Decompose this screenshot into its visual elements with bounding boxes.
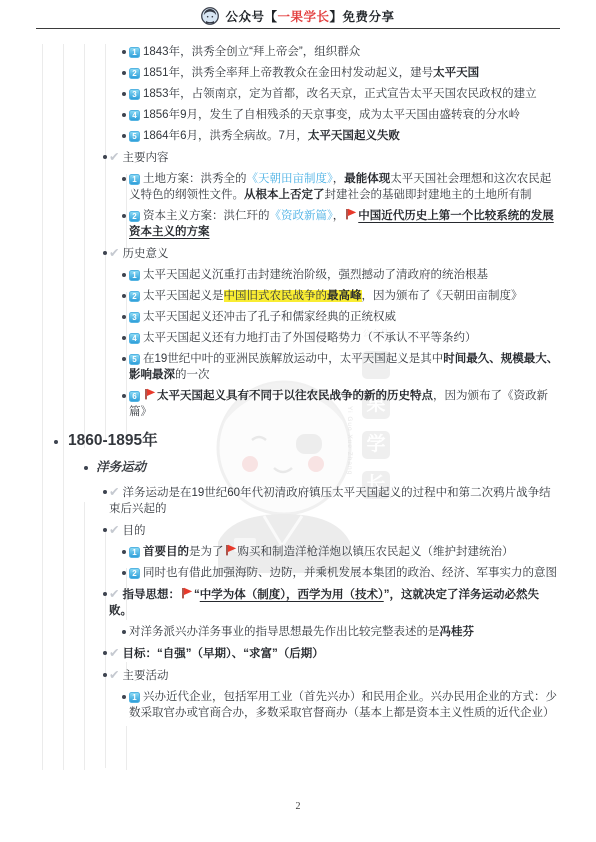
outline-item: ✔指导思想：“中学为体（制度），西学为用（技术）”，这就决定了洋务运动必然失败。 [0,586,596,619]
outline-item: ✔主要活动 [0,667,596,684]
outline-item: 6太平天国起义具有不同于以往农民战争的新的历史特点，因为颁布了《资政新篇》 [0,388,596,420]
item-text: 51864年6月，洪秀全病故。7月，太平天国起义失败 [129,130,400,142]
item-text: 31853年，占领南京，定为首都，改名天京，正式宣告太平天国农民政权的建立 [129,88,537,100]
outline-item: 1土地方案：洪秀全的《天朝田亩制度》，最能体现太平天国社会理想和这次农民起义特色… [0,171,596,203]
text-segment: 1856年9月，发生了自相残杀的天京事变，成为太平天国由盛转衰的分水岭 [143,109,520,121]
text-segment: 洋务运动是在19世纪60年代初清政府镇压太平天国起义的过程中和第二次鸦片战争结束… [109,487,551,515]
item-text: ✔历史意义 [109,248,168,260]
text-segment: 历史意义 [122,248,168,260]
text-segment: 太平天国起义失败 [308,130,400,142]
page-header: 公众号【一果学长】免费分享 [0,5,596,27]
outline-item: 1兴办近代企业，包括军用工业（首先兴办）和民用企业。兴办民用企业的方式：少数采取… [0,689,596,721]
numbered-badge: 2 [129,211,140,222]
outline-item: ✔目的 [0,522,596,539]
outline-item: 2同时也有借此加强海防、边防，并乘机发展本集团的政治、经济、军事实力的意图 [0,565,596,581]
header-brand-name: 一果学长 [277,10,329,24]
numbered-badge: 5 [129,354,140,365]
text-segment: 中学为体（制度），西学为用（技术） [200,589,384,601]
text-segment: 封建社会的基础即封建地主的土地所有制 [325,189,532,201]
item-text: 3太平天国起义还冲击了孔子和儒家经典的正统权威 [129,311,396,323]
outline-item: 11843年，洪秀全创立“拜上帝会”，组织群众 [0,44,596,60]
bullet-dot [122,50,126,54]
text-segment: 太平天国起义是 [143,290,224,302]
text-segment: 是为了 [189,546,224,558]
item-text: 21851年，洪秀全率拜上帝教教众在金田村发动起义，建号太平天国 [129,67,479,79]
bullet-dot [122,571,126,575]
bullet-dot [122,273,126,277]
header-rule [36,28,560,29]
header-title-prefix: 公众号【 [225,10,277,24]
outline-item: ✔主要内容 [0,149,596,166]
text-segment: 1843年，洪秀全创立“拜上帝会”，组织群众 [143,46,360,58]
section-heading-1860-1895: 1860-1895年 [0,431,596,451]
outline-item: 1首要目的是为了购买和制造洋枪洋炮以镇压农民起义（维护封建统治） [0,544,596,560]
subsection-heading-yangwu: 洋务运动 [0,459,596,476]
bullet-dot [122,394,126,398]
text-segment: 同时也有借此加强海防、边防，并乘机发展本集团的政治、经济、军事实力的意图 [143,567,557,579]
bullet-dot [103,651,107,655]
text-segment: 1864年6月，洪秀全病故。7月， [143,130,308,142]
item-text: ✔主要活动 [109,670,168,682]
check-icon: ✔ [109,523,119,537]
page-header-title: 公众号【一果学长】免费分享 [225,7,394,25]
text-segment: ，因为颁布了《天朝田亩制度》 [362,290,523,302]
bullet-dot [122,113,126,117]
numbered-badge: 5 [129,131,140,142]
outline-item: ✔历史意义 [0,245,596,262]
check-icon: ✔ [109,246,119,260]
numbered-badge: 1 [129,692,140,703]
numbered-badge: 4 [129,333,140,344]
numbered-badge: 3 [129,89,140,100]
check-icon: ✔ [109,668,119,682]
text-segment: 太平天国 [433,67,479,79]
bullet-dot [122,336,126,340]
bullet-dot [122,630,126,634]
item-text: 对洋务派兴办洋务事业的指导思想最先作出比较完整表述的是冯桂芬 [129,626,474,638]
text-segment: 最能体现 [344,173,390,185]
text-segment: 《资政新篇》 [270,210,333,222]
text-segment: 1851年，洪秀全率拜上帝教教众在金田村发动起义，建号 [143,67,433,79]
outline-item: 1太平天国起义沉重打击封建统治阶级，强烈撼动了清政府的统治根基 [0,267,596,283]
flag-icon [144,388,156,399]
text-segment: 《天朝田亩制度》 [247,173,333,185]
item-text: ✔主要内容 [109,152,168,164]
outline-item: 对洋务派兴办洋务事业的指导思想最先作出比较完整表述的是冯桂芬 [0,624,596,640]
text-segment: 在19世纪中叶的亚洲民族解放运动中，太平天国起义是其中 [143,353,443,365]
item-text: ✔指导思想：“中学为体（制度），西学为用（技术）”，这就决定了洋务运动必然失败。 [109,589,539,617]
outline-item: 21851年，洪秀全率拜上帝教教众在金田村发动起义，建号太平天国 [0,65,596,81]
text-segment: ”， [384,589,401,601]
bullet-dot [122,357,126,361]
outline-item: 31853年，占领南京，定为首都，改名天京，正式宣告太平天国农民政权的建立 [0,86,596,102]
item-text: 2同时也有借此加强海防、边防，并乘机发展本集团的政治、经济、军事实力的意图 [129,567,557,579]
bullet-dot [54,440,58,444]
bullet-dot [122,134,126,138]
bullet-dot [122,695,126,699]
item-text: 5在19世纪中叶的亚洲民族解放运动中，太平天国起义是其中时间最久、规模最大、影响… [129,353,558,381]
text-segment: 从根本上否定了 [244,189,325,201]
numbered-badge: 2 [129,291,140,302]
bullet-dot [122,294,126,298]
outline-item: 2资本主义方案：洪仁玕的《资政新篇》，中国近代历史上第一个比较系统的发展资本主义… [0,208,596,240]
item-text: ✔目标：“自强”（早期）、“求富”（后期） [109,648,324,660]
check-icon: ✔ [109,485,119,499]
bullet-dot [103,251,107,255]
numbered-badge: 1 [129,547,140,558]
text-segment: 土地方案：洪秀全的 [143,173,247,185]
text-segment: 中国旧式农民战争的 [224,290,328,302]
item-text: 2资本主义方案：洪仁玕的《资政新篇》，中国近代历史上第一个比较系统的发展资本主义… [129,210,554,238]
text-segment: 目的 [122,525,145,537]
check-icon: ✔ [109,646,119,660]
bullet-dot [122,92,126,96]
text-segment: 洋务运动 [96,460,146,474]
bullet-dot [84,466,88,470]
text-segment: 目标：“自强”（早期）、“求富”（后期） [122,648,323,660]
outline-item: 4太平天国起义还有力地打击了外国侵略势力（不承认不平等条约） [0,330,596,346]
bullet-dot [103,673,107,677]
numbered-badge: 6 [129,391,140,402]
bullet-dot [103,490,107,494]
bullet-dot [103,528,107,532]
text-segment: 主要活动 [122,670,168,682]
item-text: 4太平天国起义还有力地打击了外国侵略势力（不承认不平等条约） [129,332,477,344]
text-segment: 兴办近代企业，包括军用工业（首先兴办）和民用企业。兴办民用企业的方式：少数采取官… [129,691,557,719]
text-segment: 太平天国起义具有不同于以往农民战争的新的历史特点 [157,390,433,402]
item-text: 洋务运动 [96,460,146,474]
check-icon: ✔ [109,587,119,601]
bullet-dot [122,71,126,75]
bullet-dot [122,550,126,554]
check-icon: ✔ [109,150,119,164]
outline-item: 41856年9月，发生了自相残杀的天京事变，成为太平天国由盛转衰的分水岭 [0,107,596,123]
text-segment: 最高峰 [327,290,362,302]
indent-guide [126,726,127,770]
numbered-badge: 2 [129,68,140,79]
numbered-badge: 2 [129,568,140,579]
outline-item: 3太平天国起义还冲击了孔子和儒家经典的正统权威 [0,309,596,325]
item-text: 6太平天国起义具有不同于以往农民战争的新的历史特点，因为颁布了《资政新篇》 [129,390,548,418]
text-segment: 指导思想： [122,589,180,601]
bullet-dot [103,592,107,596]
outline-item: 2太平天国起义是中国旧式农民战争的最高峰，因为颁布了《天朝田亩制度》 [0,288,596,304]
item-text: 1首要目的是为了购买和制造洋枪洋炮以镇压农民起义（维护封建统治） [129,546,514,558]
text-segment: 冯桂芬 [440,626,475,638]
item-text: 1太平天国起义沉重打击封建统治阶级，强烈撼动了清政府的统治根基 [129,269,488,281]
item-text: 2太平天国起义是中国旧式农民战争的最高峰，因为颁布了《天朝田亩制度》 [129,290,523,302]
bullet-dot [122,315,126,319]
item-text: ✔洋务运动是在19世纪60年代初清政府镇压太平天国起义的过程中和第二次鸦片战争结… [109,487,551,515]
text-segment: 太平天国起义沉重打击封建统治阶级，强烈撼动了清政府的统治根基 [143,269,488,281]
bullet-dot [122,214,126,218]
text-segment: 1853年，占领南京，定为首都，改名天京，正式宣告太平天国农民政权的建立 [143,88,537,100]
item-text: 11843年，洪秀全创立“拜上帝会”，组织群众 [129,46,360,58]
item-text: 41856年9月，发生了自相残杀的天京事变，成为太平天国由盛转衰的分水岭 [129,109,520,121]
item-text: ✔目的 [109,525,145,537]
bullet-dot [103,155,107,159]
flag-icon [181,587,193,598]
outline-item: 5在19世纪中叶的亚洲民族解放运动中，太平天国起义是其中时间最久、规模最大、影响… [0,351,596,383]
text-segment: 主要内容 [122,152,168,164]
outline: 11843年，洪秀全创立“拜上帝会”，组织群众21851年，洪秀全率拜上帝教教众… [0,40,596,726]
outline-item: ✔目标：“自强”（早期）、“求富”（后期） [0,645,596,662]
numbered-badge: 4 [129,110,140,121]
text-segment: 购买和制造洋枪洋炮以镇压农民起义（维护封建统治） [238,546,514,558]
text-segment: 首要目的 [143,546,189,558]
bullet-dot [122,177,126,181]
item-text: 1土地方案：洪秀全的《天朝田亩制度》，最能体现太平天国社会理想和这次农民起义特色… [129,173,551,201]
numbered-badge: 3 [129,312,140,323]
numbered-badge: 1 [129,174,140,185]
flag-icon [345,208,357,219]
item-text: 1860-1895年 [68,432,158,449]
text-segment: 1860-1895年 [68,432,158,449]
numbered-badge: 1 [129,47,140,58]
text-segment: 对洋务派兴办洋务事业的指导思想最先作出比较完整表述的是 [129,626,440,638]
flag-icon [225,544,237,555]
outline-item: 51864年6月，洪秀全病故。7月，太平天国起义失败 [0,128,596,144]
text-segment: 资本主义方案：洪仁玕的 [143,210,270,222]
brand-avatar-logo [201,7,219,25]
item-text: 1兴办近代企业，包括军用工业（首先兴办）和民用企业。兴办民用企业的方式：少数采取… [129,691,557,719]
header-title-suffix: 】免费分享 [330,10,395,24]
numbered-badge: 1 [129,270,140,281]
text-segment: ， [333,210,345,222]
text-segment: 的一次 [175,369,210,381]
text-segment: 太平天国起义还冲击了孔子和儒家经典的正统权威 [143,311,396,323]
outline-item: ✔洋务运动是在19世纪60年代初清政府镇压太平天国起义的过程中和第二次鸦片战争结… [0,484,596,517]
page-number: 2 [0,801,596,812]
text-segment: 太平天国起义还有力地打击了外国侵略势力（不承认不平等条约） [143,332,477,344]
text-segment: ， [333,173,345,185]
